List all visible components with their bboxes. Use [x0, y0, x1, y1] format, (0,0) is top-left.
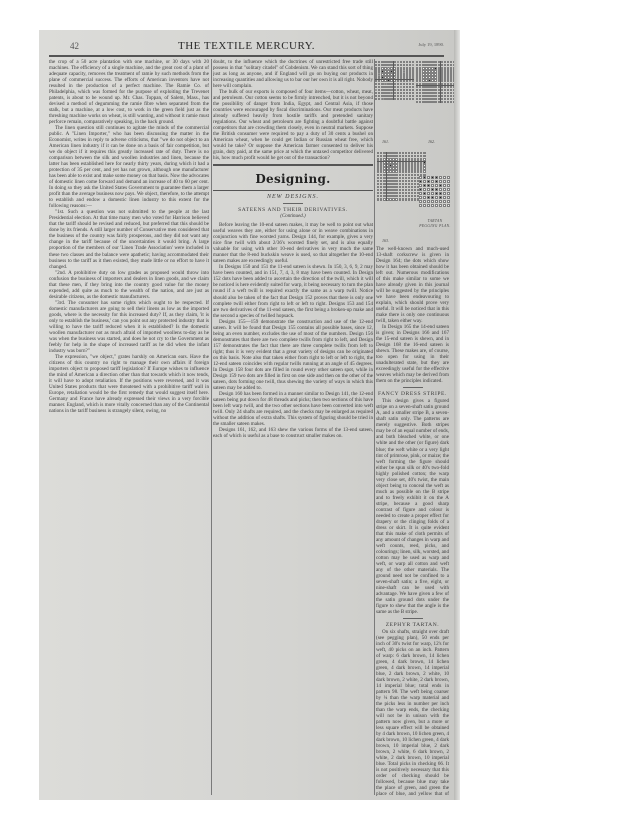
weave-cell [395, 198, 397, 200]
weave-cell [412, 95, 414, 97]
weave-cell [389, 180, 391, 182]
weave-cell [411, 189, 413, 191]
weave-cell [444, 73, 446, 75]
weave-cell [387, 98, 389, 100]
weave-cell [384, 61, 386, 63]
weave-cell [406, 89, 408, 91]
weave-cell [395, 177, 397, 179]
figure-caption-162: 162. [428, 139, 435, 144]
weave-cell [428, 70, 430, 72]
weave-cell [389, 189, 391, 191]
weave-cell [420, 167, 422, 169]
weave-cell [434, 67, 436, 69]
weave-cell [431, 79, 433, 81]
weave-cell [389, 155, 391, 157]
weave-cell [431, 73, 433, 75]
weave-cell [439, 176, 442, 179]
weave-cell [419, 67, 421, 69]
weave-cell [417, 155, 419, 157]
weave-cell [409, 64, 411, 66]
weave-cell [408, 155, 410, 157]
weave-cell [408, 198, 410, 200]
weave-cell [403, 98, 405, 100]
weave-cell [399, 170, 401, 172]
weave-cell [417, 170, 419, 172]
weave-cell [422, 95, 424, 97]
weave-cell [389, 164, 391, 166]
weave-cell [412, 73, 414, 75]
weave-cell [395, 167, 397, 169]
paragraph: On six shafts, straight over draft (see … [376, 629, 449, 796]
weave-cell [380, 180, 382, 182]
weave-cell [400, 86, 402, 88]
weave-cell [419, 61, 421, 63]
weave-cell [431, 188, 434, 191]
weave-cell [387, 83, 389, 85]
weave-cell [416, 61, 418, 63]
weave-cell [375, 89, 377, 91]
weave-cell [414, 192, 416, 194]
weave-cell [392, 174, 394, 176]
weave-cell [406, 70, 408, 72]
weave-cell [380, 198, 382, 200]
weave-cell [444, 67, 446, 69]
weave-cell [419, 64, 421, 66]
weave-cell [434, 89, 436, 91]
weave-cell [409, 89, 411, 91]
weave-cell [412, 98, 414, 100]
weave-cell [377, 183, 379, 185]
weave-cell [447, 73, 449, 75]
weave-cell [400, 89, 402, 91]
paragraph: doubt, to the influence which the doctri… [213, 59, 373, 89]
weave-cell [444, 89, 446, 91]
weave-cell [439, 196, 442, 199]
weave-cell [416, 79, 418, 81]
weave-cell [414, 177, 416, 179]
weave-cell [435, 188, 438, 191]
weave-cell [419, 79, 421, 81]
weave-cell [428, 73, 430, 75]
figure-caption-tartan: TARTAN PEGGING PLAN. [418, 219, 452, 228]
weave-cell [399, 198, 401, 200]
weave-cell [414, 152, 416, 154]
weave-cell [409, 73, 411, 75]
weave-cell [423, 184, 426, 187]
weave-cell [447, 76, 449, 78]
weave-cell [414, 198, 416, 200]
weave-cell [409, 86, 411, 88]
weave-cell [427, 188, 430, 191]
weave-cell [447, 184, 450, 187]
weave-cell [395, 152, 397, 154]
weave-cell [381, 86, 383, 88]
weave-cell [444, 101, 446, 103]
weave-cell [399, 183, 401, 185]
weave-cell [402, 170, 404, 172]
weave-cell [375, 73, 377, 75]
weave-cell [378, 86, 380, 88]
weave-cell [411, 177, 413, 179]
weave-cell [378, 92, 380, 94]
weave-cell [425, 61, 427, 63]
weave-cell [422, 89, 424, 91]
weave-cell [447, 180, 450, 183]
weave-cell [378, 73, 380, 75]
weave-cell [431, 184, 434, 187]
weave-cell [431, 89, 433, 91]
weave-cell [412, 67, 414, 69]
weave-cell [420, 155, 422, 157]
weave-cell [395, 164, 397, 166]
weave-cell [403, 95, 405, 97]
weave-cell [447, 89, 449, 91]
weave-figures: 161. 162. 163. TARTAN PEGGING PLAN. [376, 59, 451, 245]
weave-cell [397, 86, 399, 88]
weave-cell [422, 64, 424, 66]
weave-cell [387, 95, 389, 97]
weave-cell [377, 170, 379, 172]
weave-cell [395, 180, 397, 182]
weave-cell [450, 98, 452, 100]
weave-cell [443, 200, 446, 203]
weave-cell [439, 184, 442, 187]
weave-cell [411, 152, 413, 154]
weave-cell [392, 192, 394, 194]
weave-cell [400, 73, 402, 75]
short-rule [403, 387, 423, 388]
weave-cell [387, 70, 389, 72]
weave-cell [447, 204, 450, 207]
weave-cell [408, 189, 410, 191]
weave-cell [384, 83, 386, 85]
fancy-dress-stripe-heading: FANCY DRESS STRIPE. [376, 391, 449, 397]
weave-cell [406, 67, 408, 69]
weave-cell [389, 192, 391, 194]
paragraph: Design 160 has been formed in a manner s… [213, 391, 373, 427]
weave-cell [405, 155, 407, 157]
weave-cell [395, 155, 397, 157]
weave-cell [419, 200, 422, 203]
weave-cell [381, 95, 383, 97]
weave-cell [411, 174, 413, 176]
weave-cell [384, 73, 386, 75]
page-edge-shadow [454, 30, 460, 800]
weave-cell [409, 95, 411, 97]
weave-cell [419, 176, 422, 179]
weave-cell [417, 152, 419, 154]
weave-cell [420, 164, 422, 166]
weave-cell [377, 174, 379, 176]
weave-cell [450, 73, 452, 75]
weave-cell [434, 101, 436, 103]
weave-cell [403, 92, 405, 94]
weave-cell [409, 61, 411, 63]
weave-cell [414, 167, 416, 169]
subheading-new-designs: NEW DESIGNS. [213, 194, 373, 200]
weave-cell [443, 196, 446, 199]
column-divider [374, 59, 375, 795]
weave-cell [435, 204, 438, 207]
weave-cell [406, 95, 408, 97]
weave-cell [378, 83, 380, 85]
weave-cell [406, 83, 408, 85]
weave-cell [378, 98, 380, 100]
weave-cell [409, 67, 411, 69]
design-162-grid [416, 61, 458, 103]
weave-cell [402, 174, 404, 176]
paragraph: This design gives a figured stripe on a … [376, 398, 449, 615]
weave-cell [419, 92, 421, 94]
weave-cell [447, 70, 449, 72]
weave-cell [427, 200, 430, 203]
column-1: the crop of a 50 acre plantation with on… [49, 59, 209, 795]
weave-cell [414, 186, 416, 188]
weave-cell [389, 170, 391, 172]
weave-cell [447, 176, 450, 179]
weave-cell [439, 204, 442, 207]
weave-cell [447, 196, 450, 199]
weave-cell [428, 95, 430, 97]
weave-cell [447, 200, 450, 203]
weave-cell [428, 64, 430, 66]
weave-cell [423, 188, 426, 191]
weave-cell [387, 67, 389, 69]
weave-cell [392, 183, 394, 185]
weave-cell [402, 198, 404, 200]
weave-cell [423, 204, 426, 207]
weave-cell [403, 67, 405, 69]
paragraph: The well-known and much-used 13-shaft co… [376, 246, 449, 324]
weave-cell [399, 167, 401, 169]
weave-cell [384, 64, 386, 66]
weave-cell [377, 186, 379, 188]
weave-cell [400, 92, 402, 94]
weave-cell [435, 200, 438, 203]
weave-cell [384, 92, 386, 94]
weave-cell [412, 92, 414, 94]
column-3: The well-known and much-used 13-shaft co… [376, 246, 449, 796]
weave-cell [375, 86, 377, 88]
weave-cell [431, 204, 434, 207]
weave-cell [434, 73, 436, 75]
weave-cell [450, 92, 452, 94]
paragraph: The expression, "we object," grates hars… [49, 354, 209, 414]
weave-cell [414, 183, 416, 185]
weave-cell [395, 183, 397, 185]
weave-cell [395, 189, 397, 191]
weave-cell [387, 92, 389, 94]
weave-cell [408, 164, 410, 166]
weave-cell [416, 76, 418, 78]
figure-caption-161: 161. [382, 139, 389, 144]
weave-cell [411, 180, 413, 182]
weave-cell [377, 164, 379, 166]
column-2: doubt, to the influence which the doctri… [213, 59, 373, 795]
weave-cell [384, 70, 386, 72]
weave-cell [377, 189, 379, 191]
weave-cell [400, 64, 402, 66]
weave-cell [414, 174, 416, 176]
weave-cell [439, 200, 442, 203]
weave-cell [408, 183, 410, 185]
weave-cell [399, 180, 401, 182]
weave-cell [408, 177, 410, 179]
weave-cell [423, 155, 425, 157]
weave-cell [408, 170, 410, 172]
weave-cell [399, 174, 401, 176]
weave-cell [405, 170, 407, 172]
weave-cell [377, 152, 379, 154]
weave-cell [414, 189, 416, 191]
weave-cell [405, 189, 407, 191]
weave-cell [403, 89, 405, 91]
weave-cell [427, 180, 430, 183]
weave-cell [399, 189, 401, 191]
paragraph: Designs 161, 162, and 163 shew the vario… [213, 427, 373, 439]
weave-cell [380, 192, 382, 194]
weave-cell [412, 89, 414, 91]
weave-cell [414, 155, 416, 157]
weave-cell [402, 167, 404, 169]
paragraph: "3rd. The consumer has some rights which… [49, 300, 209, 354]
weave-cell [435, 176, 438, 179]
publication-title: THE TEXTILE MERCURY. [39, 40, 454, 52]
header-rule [49, 55, 444, 57]
section-heading-designing: Designing. [213, 171, 373, 187]
weave-cell [411, 164, 413, 166]
weave-cell [435, 184, 438, 187]
weave-cell [431, 192, 434, 195]
weave-cell [402, 192, 404, 194]
weave-cell [395, 192, 397, 194]
weave-cell [419, 204, 422, 207]
weave-cell [434, 92, 436, 94]
weave-cell [375, 61, 377, 63]
weave-cell [389, 177, 391, 179]
weave-cell [443, 176, 446, 179]
weave-cell [422, 79, 424, 81]
weave-cell [392, 195, 394, 197]
weave-cell [408, 186, 410, 188]
weave-cell [400, 67, 402, 69]
weave-cell [378, 89, 380, 91]
weave-cell [405, 164, 407, 166]
weave-cell [405, 152, 407, 154]
weave-cell [405, 198, 407, 200]
weave-cell [381, 64, 383, 66]
weave-cell [400, 61, 402, 63]
weave-cell [428, 67, 430, 69]
weave-cell [400, 95, 402, 97]
weave-cell [375, 83, 377, 85]
weave-cell [392, 186, 394, 188]
weave-cell [395, 195, 397, 197]
weave-cell [431, 98, 433, 100]
weave-cell [380, 170, 382, 172]
weave-cell [411, 183, 413, 185]
weave-cell [377, 177, 379, 179]
weave-cell [375, 98, 377, 100]
weave-cell [428, 101, 430, 103]
weave-cell [423, 164, 425, 166]
weave-cell [443, 184, 446, 187]
weave-cell [423, 192, 426, 195]
short-rule [283, 203, 303, 204]
weave-cell [416, 92, 418, 94]
weave-cell [406, 86, 408, 88]
weave-cell [380, 152, 382, 154]
weave-cell [402, 186, 404, 188]
weave-cell [403, 83, 405, 85]
weave-cell [447, 92, 449, 94]
weave-cell [416, 95, 418, 97]
weave-cell [431, 196, 434, 199]
weave-cell [405, 177, 407, 179]
weave-cell [428, 79, 430, 81]
weave-cell [405, 183, 407, 185]
weave-cell [450, 95, 452, 97]
weave-cell [428, 92, 430, 94]
weave-cell [447, 98, 449, 100]
weave-cell [431, 61, 433, 63]
weave-cell [399, 186, 401, 188]
weave-cell [419, 101, 421, 103]
weave-cell [450, 79, 452, 81]
weave-cell [444, 95, 446, 97]
weave-cell [419, 76, 421, 78]
weave-cell [422, 70, 424, 72]
weave-cell [389, 186, 391, 188]
weave-cell [375, 92, 377, 94]
weave-cell [450, 67, 452, 69]
weave-cell [406, 98, 408, 100]
weave-cell [384, 86, 386, 88]
weave-cell [392, 198, 394, 200]
weave-cell [431, 64, 433, 66]
weave-cell [450, 101, 452, 103]
weave-cell [425, 67, 427, 69]
weave-cell [423, 167, 425, 169]
weave-cell [409, 92, 411, 94]
weave-cell [447, 67, 449, 69]
weave-cell [378, 67, 380, 69]
weave-cell [377, 167, 379, 169]
weave-cell [419, 188, 422, 191]
weave-cell [431, 92, 433, 94]
weave-cell [400, 83, 402, 85]
paragraph: In Design 165 the 14-end sateen is given… [376, 324, 449, 384]
weave-cell [444, 79, 446, 81]
weave-cell [378, 70, 380, 72]
column-divider [211, 59, 212, 795]
weave-cell [427, 192, 430, 195]
weave-cell [439, 192, 442, 195]
paragraph: Designs 155—159 demonstrate the construc… [213, 319, 373, 391]
weave-cell [443, 192, 446, 195]
weave-cell [435, 192, 438, 195]
weave-cell [381, 98, 383, 100]
weave-cell [392, 167, 394, 169]
weave-cell [416, 98, 418, 100]
weave-cell [423, 200, 426, 203]
weave-cell [411, 198, 413, 200]
weave-cell [380, 155, 382, 157]
article-title: SATEENS AND THEIR DERIVATIVES. [213, 207, 373, 213]
weave-cell [419, 70, 421, 72]
paragraph: In Designs 150 and 151 the 11-end sateen… [213, 264, 373, 318]
weave-cell [389, 183, 391, 185]
